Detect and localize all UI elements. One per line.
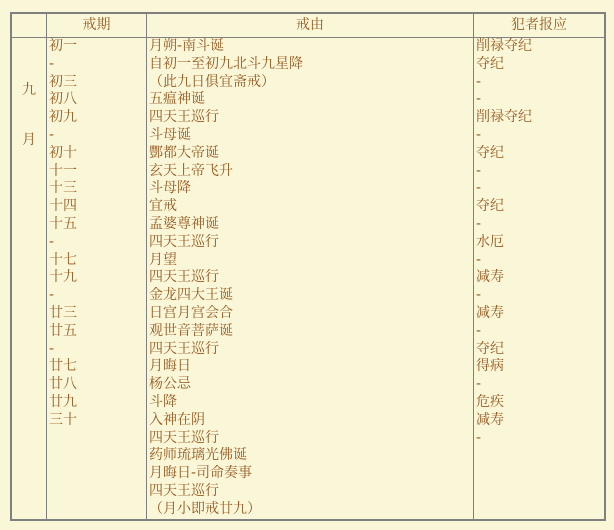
retribution-line: 减寿 [474, 305, 604, 323]
period-line: 廿五 [47, 323, 146, 341]
reason-line: 玄天上帝飞升 [147, 163, 473, 181]
period-line: 十三 [47, 180, 146, 198]
reason-line: 宜戒 [147, 198, 473, 216]
reason-line: 日宫月宫会合 [147, 305, 473, 323]
retribution-line: - [474, 252, 604, 270]
period-line: 十一 [47, 163, 146, 181]
month-label-top: 九 [12, 82, 46, 100]
reason-line: 月晦日-司命奏事 [147, 465, 473, 483]
period-line [47, 465, 146, 483]
reason-line: 月晦日 [147, 358, 473, 376]
retribution-line: 夺纪 [474, 341, 604, 359]
page: 戒期 戒由 犯者报应 九 月 初一-初三初八初九-初十十一十三十四十五-十七十九… [0, 0, 614, 530]
reason-line: 四天王巡行 [147, 341, 473, 359]
reason-line: 月朔-南斗诞 [147, 38, 473, 56]
reason-line: 四天王巡行 [147, 430, 473, 448]
retribution-line: 水厄 [474, 234, 604, 252]
period-line [47, 483, 146, 501]
retribution-line [474, 483, 604, 501]
reason-column: 月朔-南斗诞自初一至初九北斗九星降（此九日俱宜斋戒）五瘟神诞四天王巡行斗母诞酆都… [147, 38, 474, 519]
reason-line: 药师琉璃光佛诞 [147, 447, 473, 465]
period-line: 初九 [47, 109, 146, 127]
retribution-column: 削禄夺纪夺纪--削禄夺纪-夺纪--夺纪-水厄-减寿-减寿-夺纪得病-危疾减寿- [474, 38, 604, 519]
reason-line: 四天王巡行 [147, 109, 473, 127]
reason-line: 斗母降 [147, 180, 473, 198]
period-line: 初三 [47, 74, 146, 92]
reason-line: 入神在阴 [147, 412, 473, 430]
table-header-row: 戒期 戒由 犯者报应 [12, 14, 604, 38]
period-line: 廿七 [47, 358, 146, 376]
month-cell: 九 月 [12, 38, 47, 519]
retribution-line: 削禄夺纪 [474, 38, 604, 56]
header-period: 戒期 [47, 14, 147, 37]
reason-line: 五瘟神诞 [147, 91, 473, 109]
reason-line: 四天王巡行 [147, 269, 473, 287]
retribution-line: 夺纪 [474, 145, 604, 163]
period-line: 十四 [47, 198, 146, 216]
retribution-line: 夺纪 [474, 198, 604, 216]
period-line: 十五 [47, 216, 146, 234]
retribution-line: 削禄夺纪 [474, 109, 604, 127]
reason-line: 观世音菩萨诞 [147, 323, 473, 341]
reason-line: 月望 [147, 252, 473, 270]
retribution-line: - [474, 74, 604, 92]
reason-line: 杨公忌 [147, 376, 473, 394]
period-line: 廿八 [47, 376, 146, 394]
reason-line: 酆都大帝诞 [147, 145, 473, 163]
period-line: - [47, 234, 146, 252]
retribution-line: - [474, 216, 604, 234]
retribution-line: - [474, 323, 604, 341]
header-retribution: 犯者报应 [474, 14, 604, 37]
retribution-line: - [474, 91, 604, 109]
period-line: 廿三 [47, 305, 146, 323]
table-body-row: 九 月 初一-初三初八初九-初十十一十三十四十五-十七十九-廿三廿五-廿七廿八廿… [12, 38, 604, 519]
retribution-line [474, 501, 604, 519]
period-line: 十九 [47, 269, 146, 287]
period-line: 初十 [47, 145, 146, 163]
retribution-line: - [474, 127, 604, 145]
retribution-line: 危疾 [474, 394, 604, 412]
retribution-line: - [474, 180, 604, 198]
period-line: - [47, 287, 146, 305]
reason-line: 斗母诞 [147, 127, 473, 145]
period-column: 初一-初三初八初九-初十十一十三十四十五-十七十九-廿三廿五-廿七廿八廿九三十 [47, 38, 147, 519]
retribution-line: - [474, 163, 604, 181]
period-line: 十七 [47, 252, 146, 270]
period-line: 初一 [47, 38, 146, 56]
period-line [47, 447, 146, 465]
reason-line: 金龙四大王诞 [147, 287, 473, 305]
retribution-line: 减寿 [474, 269, 604, 287]
retribution-line: - [474, 376, 604, 394]
reason-line: （此九日俱宜斋戒） [147, 74, 473, 92]
retribution-line: - [474, 430, 604, 448]
retribution-line [474, 465, 604, 483]
retribution-line [474, 447, 604, 465]
retribution-line: - [474, 287, 604, 305]
period-line [47, 501, 146, 519]
month-label-bottom: 月 [12, 132, 46, 150]
reason-line: 斗降 [147, 394, 473, 412]
retribution-line: 夺纪 [474, 56, 604, 74]
precept-table: 戒期 戒由 犯者报应 九 月 初一-初三初八初九-初十十一十三十四十五-十七十九… [10, 12, 606, 521]
reason-line: 四天王巡行 [147, 234, 473, 252]
reason-line: 四天王巡行 [147, 483, 473, 501]
reason-line: （月小即戒廿九） [147, 501, 473, 519]
reason-line: 孟婆尊神诞 [147, 216, 473, 234]
header-month [12, 14, 47, 37]
period-line: 廿九 [47, 394, 146, 412]
period-line: - [47, 341, 146, 359]
retribution-line: 得病 [474, 358, 604, 376]
period-line [47, 430, 146, 448]
period-line: 初八 [47, 91, 146, 109]
reason-line: 自初一至初九北斗九星降 [147, 56, 473, 74]
header-reason: 戒由 [147, 14, 474, 37]
retribution-line: 减寿 [474, 412, 604, 430]
period-line: - [47, 56, 146, 74]
period-line: - [47, 127, 146, 145]
period-line: 三十 [47, 412, 146, 430]
